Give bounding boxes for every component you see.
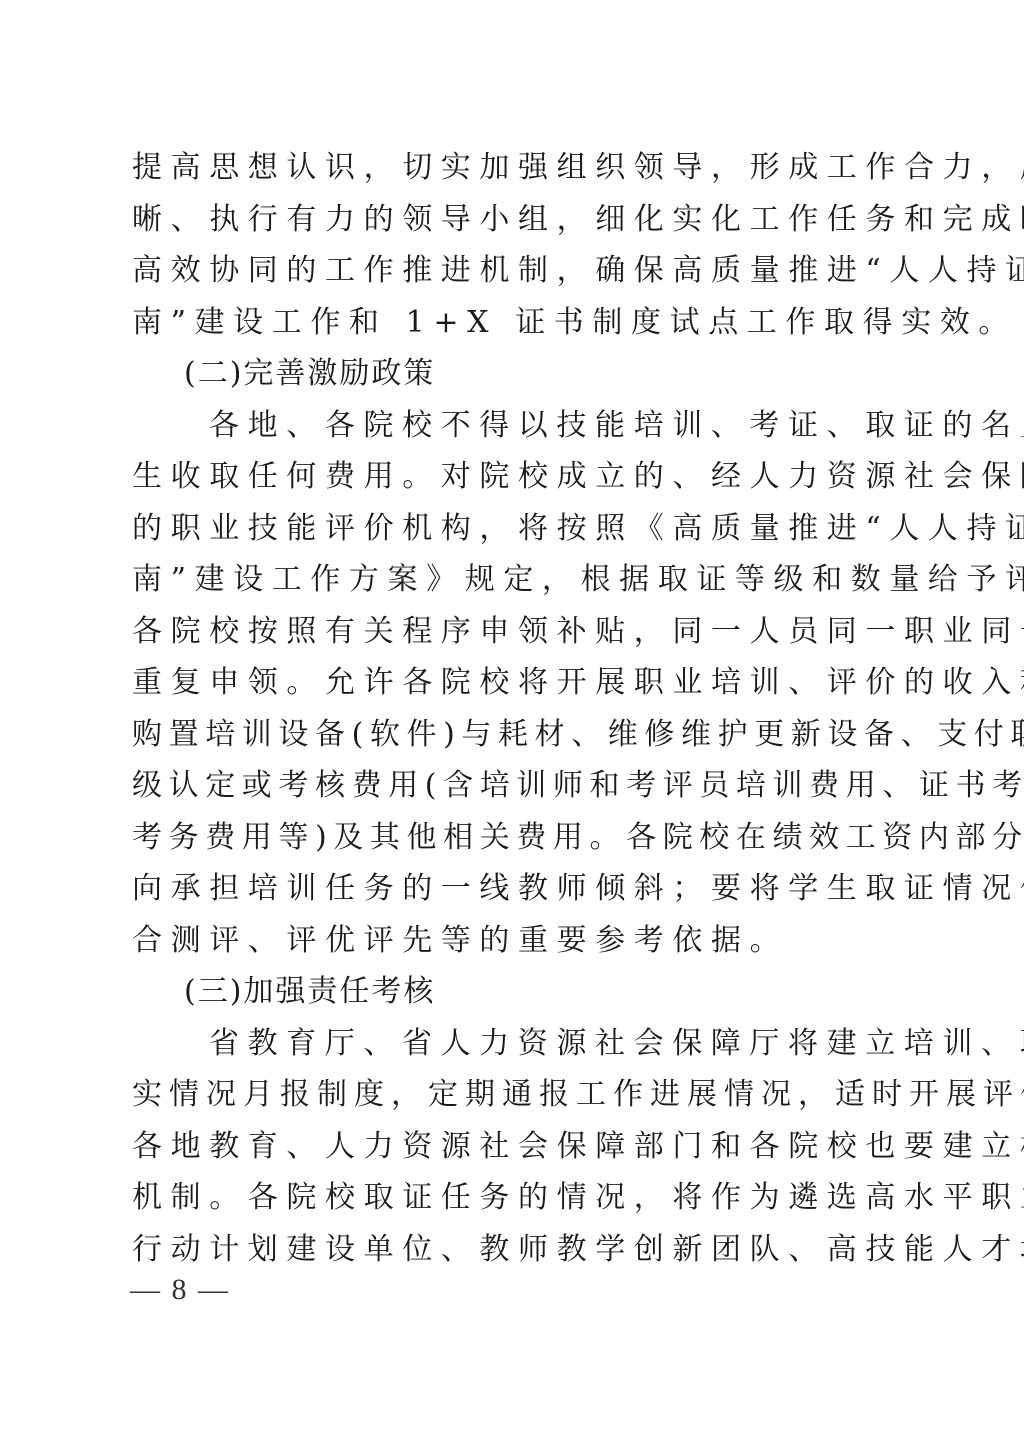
text-line: 各地、各院校不得以技能培训、考证、取证的名义向在校学 [132,400,908,452]
text-line: 购置培训设备(软件)与耗材、维修维护更新设备、支付职业技能等 [132,709,908,761]
document-page: 提高思想认识，切实加强组织领导，形成工作合力，成立责任清 晰、执行有力的领导小组… [132,142,908,1275]
text-line: 机制。各院校取证任务的情况，将作为遴选高水平职业院校建设 [132,1172,908,1224]
text-line: 实情况月报制度，定期通报工作进展情况，适时开展评估和督导； [132,1069,908,1121]
text-line: 各地教育、人力资源社会保障部门和各院校也要建立相应的工作 [132,1121,908,1173]
text-line: 南”建设工作和 1+X 证书制度试点工作取得实效。 [132,297,908,349]
text-line: 各院校按照有关程序申领补贴，同一人员同一职业同一等级不得 [132,606,908,658]
text-line: 的职业技能评价机构，将按照《高质量推进“人人持证、技能河 [132,503,908,555]
text-line: 生收取任何费用。对院校成立的、经人力资源社会保障部门备案 [132,451,908,503]
text-line: 高效协同的工作推进机制，确保高质量推进“人人持证、技能河 [132,245,908,297]
text-line: 晰、执行有力的领导小组，细化实化工作任务和完成时限，建立 [132,194,908,246]
page-number: — 8 — [130,1270,230,1310]
text-line: 提高思想认识，切实加强组织领导，形成工作合力，成立责任清 [132,142,908,194]
text-line: 行动计划建设单位、教师教学创新团队、高技能人才培养基地、 [132,1224,908,1276]
body-paragraph-1: 提高思想认识，切实加强组织领导，形成工作合力，成立责任清 晰、执行有力的领导小组… [132,142,908,348]
text-line: 重复申领。允许各院校将开展职业培训、评价的收入和补贴用于 [132,657,908,709]
section-heading-responsibility-assessment: (三)加强责任考核 [132,966,908,1018]
text-line: 省教育厅、省人力资源社会保障厅将建立培训、取证工作落 [132,1018,908,1070]
section-heading-incentive-policy: (二)完善激励政策 [132,348,908,400]
text-line: 级认定或考核费用(含培训师和考评员培训费用、证书考核费用、 [132,760,908,812]
body-paragraph-2: 各地、各院校不得以技能培训、考证、取证的名义向在校学 生收取任何费用。对院校成立… [132,400,908,967]
text-line: 合测评、评优评先等的重要参考依据。 [132,915,908,967]
text-line: 南”建设工作方案》规定，根据取证等级和数量给予评价补贴， [132,554,908,606]
body-paragraph-3: 省教育厅、省人力资源社会保障厅将建立培训、取证工作落 实情况月报制度，定期通报工… [132,1018,908,1276]
text-line: 考务费用等)及其他相关费用。各院校在绩效工资内部分配时，要 [132,812,908,864]
text-line: 向承担培训任务的一线教师倾斜；要将学生取证情况作为学生综 [132,863,908,915]
